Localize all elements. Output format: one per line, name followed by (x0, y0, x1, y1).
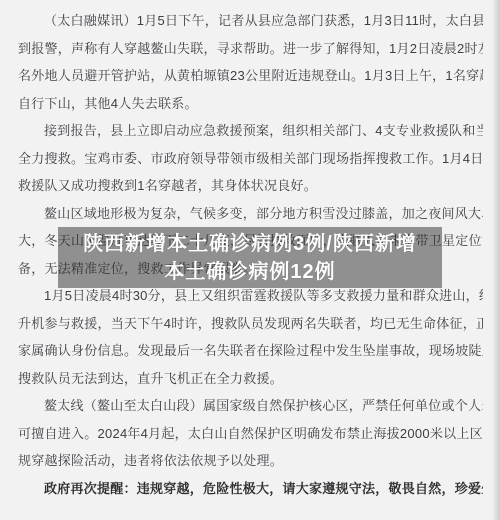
article-page: （太白融媒讯）1月5日下午，记者从县应急部门获悉，1月3日11时，太白县110接… (0, 0, 500, 520)
paragraph: （太白融媒讯）1月5日下午，记者从县应急部门获悉，1月3日11时，太白县110接… (18, 7, 483, 117)
headline-line-2: 本土确诊病例12例 (164, 258, 335, 286)
text-line: 鳌山区域地形极为复杂，气候多变，部分地方积雪没过膝盖，加之夜间风大、雾 (18, 200, 483, 228)
text-line: 接到报告，县上立即启动应急救援预案，组织相关部门、4支专业救援队和当地群众 (18, 117, 483, 145)
text-line: 到报警，声称有人穿越鳌山失联，寻求帮助。进一步了解得知，1月2日凌晨2时左右，5 (18, 35, 483, 63)
government-reminder: 政府再次提醒：违规穿越，危险性极大，请大家遵规守法，敬畏自然，珍爱生命。 (18, 475, 483, 503)
text-line: 救援队又成功搜救到1名穿越者，其身体状况良好。 (18, 172, 483, 200)
text-line: 鳌太线（鳌山至太白山段）属国家级自然保护核心区，严禁任何单位或个人未经许 (18, 392, 483, 420)
paragraph: 鳌太线（鳌山至太白山段）属国家级自然保护核心区，严禁任何单位或个人未经许 可擅自… (18, 392, 483, 475)
paragraph: 政府再次提醒：违规穿越，危险性极大，请大家遵规守法，敬畏自然，珍爱生命。 (18, 475, 483, 503)
text-line: 名外地人员避开管护站，从黄柏塬镇23公里附近违规登山。1月3日上午，1名穿越人员 (18, 62, 483, 90)
paragraph: 接到报告，县上立即启动应急救援预案，组织相关部门、4支专业救援队和当地群众 全力… (18, 117, 483, 200)
headline-overlay: 陕西新增本土确诊病例3例/陕西新增 本土确诊病例12例 (58, 227, 442, 288)
text-line: 可擅自进入。2024年4月起，太白山自然保护区明确发布禁止海拔2000米以上区域… (18, 420, 483, 448)
text-line: （太白融媒讯）1月5日下午，记者从县应急部门获悉，1月3日11时，太白县110接 (18, 7, 483, 35)
text-line: 升机参与救援，当天下午4时许，搜救队员发现两名失联者，均已无生命体征，正在和 (18, 310, 483, 338)
paragraph: 1月5日凌晨4时30分，县上又组织雷霆救援队等多支救援力量和群众进山，组织直 升… (18, 282, 483, 392)
text-line: 家属确认身份信息。发现最后一名失联者在探险过程中发生坠崖事故，现场坡陡崖高， (18, 337, 483, 365)
headline-line-1: 陕西新增本土确诊病例3例/陕西新增 (83, 230, 417, 258)
text-line: 自行下山，其他4人失去联系。 (18, 90, 483, 118)
text-line: 搜救队员无法到达，直升飞机正在全力救援。 (18, 365, 483, 393)
text-line: 规穿越探险活动，违者将依法依规予以处理。 (18, 447, 483, 475)
text-line: 全力搜救。宝鸡市委、市政府领导带领市级相关部门现场指挥搜救工作。1月4日11时， (18, 145, 483, 173)
